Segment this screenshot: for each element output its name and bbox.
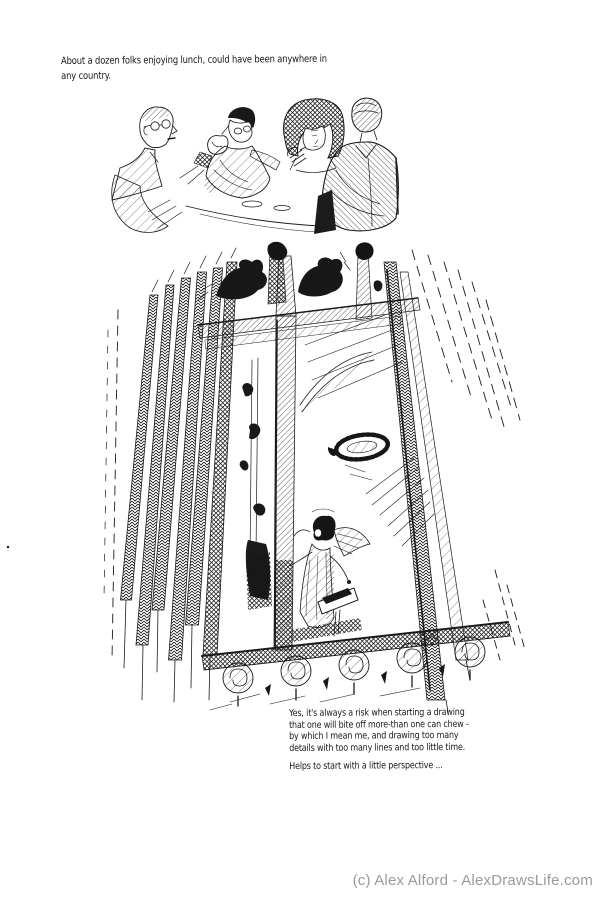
caption-bottom-line: Yes, it's always a risk when starting a … [289,707,469,719]
sketchbook-page: About a dozen folks enjoying lunch, coul… [0,0,602,900]
caption-bottom-line: by which I mean me, and drawing too many [289,730,469,742]
caption-bottom-line: details with too many lines and too litt… [289,741,469,753]
stray-ink-dot [7,546,9,548]
caption-bottom-line: that one will bite off more-than one can… [289,718,469,730]
caption-top-line: any country. [61,67,327,84]
artist-credit: (c) Alex Alford - AlexDrawsLife.com [353,872,593,889]
caption-bottom-line: Helps to start with a little perspective… [289,759,469,771]
window-sketch [104,242,525,712]
caption-top: About a dozen folks enjoying lunch, coul… [61,52,327,84]
lunch-sketch [112,98,399,234]
caption-bottom: Yes, it's always a risk when starting a … [289,707,469,772]
caption-top-line: About a dozen folks enjoying lunch, coul… [61,52,327,69]
